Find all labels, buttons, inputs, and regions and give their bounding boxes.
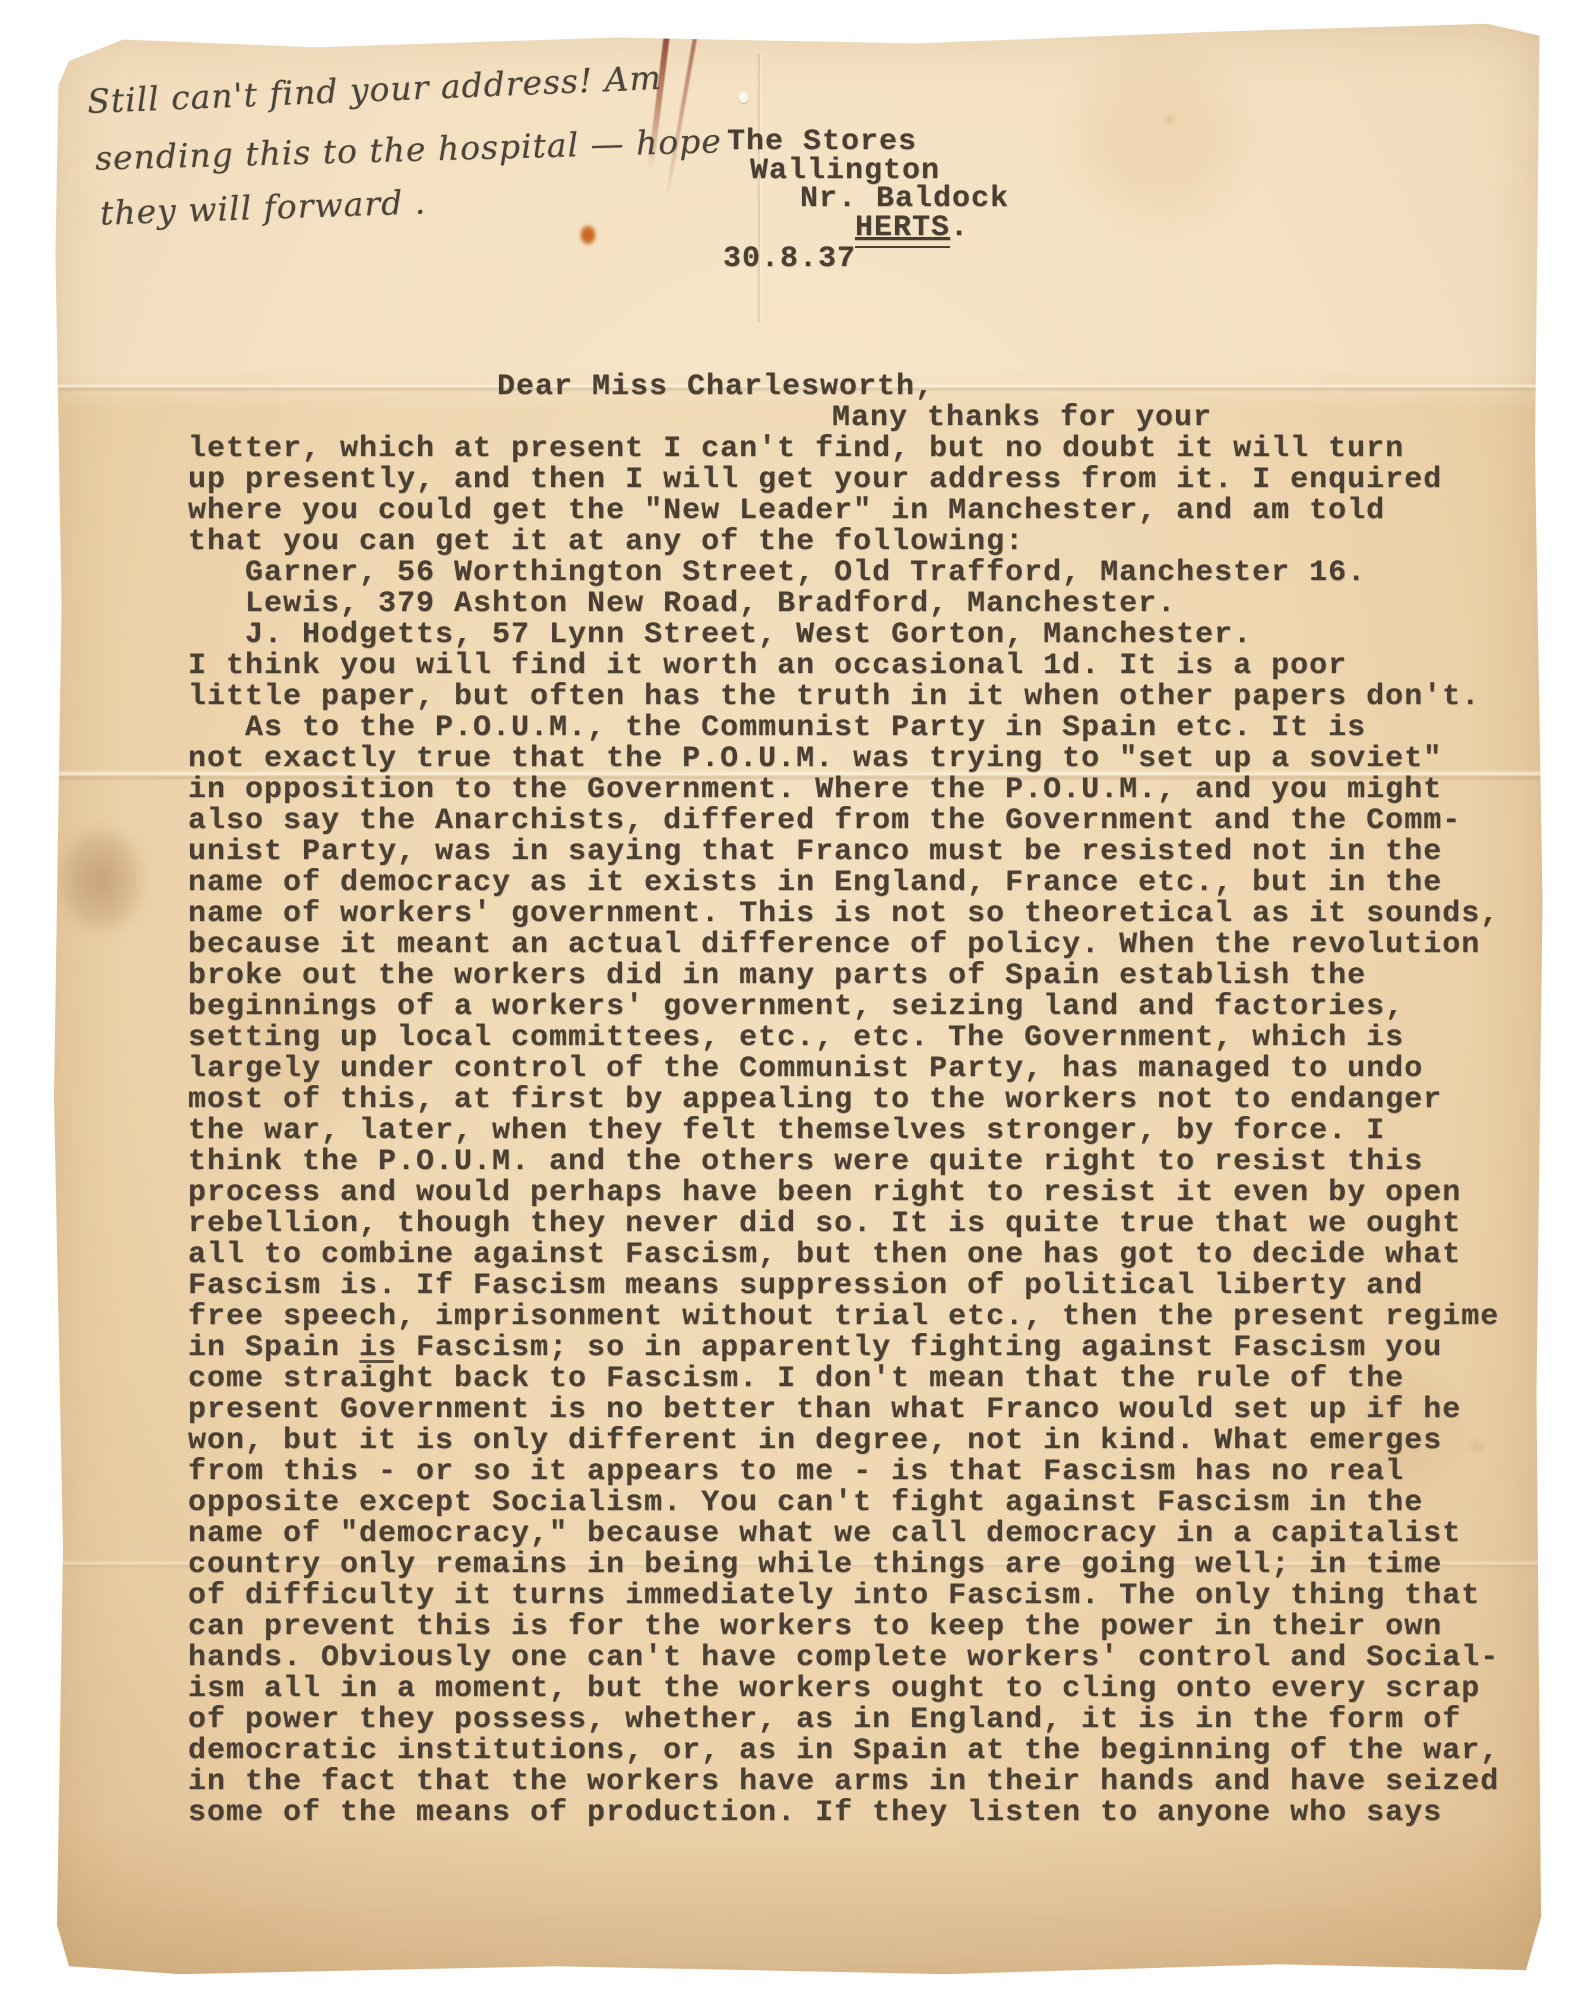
body-line: beginnings of a workers' government, sei… bbox=[188, 992, 1528, 1023]
body-line: not exactly true that the P.O.U.M. was t… bbox=[188, 744, 1528, 775]
letterhead-address-line-3: Nr. Baldock bbox=[800, 185, 1547, 214]
body-line: name of "democracy," because what we cal… bbox=[188, 1519, 1528, 1550]
body-line: opposite except Socialism. You can't fig… bbox=[188, 1488, 1528, 1519]
salutation: Dear Miss Charlesworth, bbox=[497, 372, 1528, 403]
body-line: rebellion, though they never did so. It … bbox=[188, 1209, 1528, 1240]
body-line: little paper, but often has the truth in… bbox=[188, 682, 1528, 713]
body-line: name of democracy as it exists in Englan… bbox=[188, 868, 1528, 899]
opening-phrase: Many thanks for your bbox=[832, 403, 1528, 434]
body-line: hands. Obviously one can't have complete… bbox=[188, 1643, 1528, 1674]
body-line: in opposition to the Government. Where t… bbox=[188, 775, 1528, 806]
edge-smudge bbox=[43, 1114, 53, 1148]
body-line: name of workers' government. This is not… bbox=[188, 899, 1528, 930]
edge-smudge-2 bbox=[44, 1656, 52, 1684]
body-line: the war, later, when they felt themselve… bbox=[188, 1116, 1528, 1147]
body-line: because it meant an actual difference of… bbox=[188, 930, 1528, 961]
body-line: all to combine against Fascism, but then… bbox=[188, 1240, 1528, 1271]
body-line: won, but it is only different in degree,… bbox=[188, 1426, 1528, 1457]
county-period: . bbox=[950, 211, 969, 245]
body-line: Lewis, 379 Ashton New Road, Bradford, Ma… bbox=[188, 589, 1528, 620]
body-lines: letter, which at present I can't find, b… bbox=[188, 434, 1528, 1829]
paper-chip-hole bbox=[739, 92, 748, 103]
body-line: where you could get the "New Leader" in … bbox=[188, 496, 1528, 527]
body-line: up presently, and then I will get your a… bbox=[188, 465, 1528, 496]
body-line: democratic institutions, or, as in Spain… bbox=[188, 1736, 1528, 1767]
body-line: from this - or so it appears to me - is … bbox=[188, 1457, 1528, 1488]
body-line: J. Hodgetts, 57 Lynn Street, West Gorton… bbox=[188, 620, 1528, 651]
body-line: of difficulty it turns immediately into … bbox=[188, 1581, 1528, 1612]
red-ink-stain-blob bbox=[649, 14, 675, 32]
is-word-underline-mark bbox=[359, 1360, 394, 1363]
body-line: country only remains in being while thin… bbox=[188, 1550, 1528, 1581]
county-underlined: HERTS bbox=[855, 211, 950, 248]
body-line: process and would perhaps have been righ… bbox=[188, 1178, 1528, 1209]
body-line: broke out the workers did in many parts … bbox=[188, 961, 1528, 992]
body-line: ism all in a moment, but the workers oug… bbox=[188, 1674, 1528, 1705]
letterhead-date: 30.8.37 bbox=[723, 245, 1547, 274]
body-line: also say the Anarchists, differed from t… bbox=[188, 806, 1528, 837]
body-line: of power they possess, whether, as in En… bbox=[188, 1705, 1528, 1736]
brown-blot-stain bbox=[59, 828, 143, 932]
body-line: that you can get it at any of the follow… bbox=[188, 527, 1528, 558]
body-line: think the P.O.U.M. and the others were q… bbox=[188, 1147, 1528, 1178]
body-line: some of the means of production. If they… bbox=[188, 1798, 1528, 1829]
letter-paper: Still can't find your address! Am sendin… bbox=[45, 18, 1547, 1980]
letterhead: The Stores Wallington Nr. Baldock HERTS.… bbox=[45, 128, 1547, 274]
body-line: Fascism is. If Fascism means suppression… bbox=[188, 1271, 1528, 1302]
body-line: present Government is no better than wha… bbox=[188, 1395, 1528, 1426]
body-line: free speech, imprisonment without trial … bbox=[188, 1302, 1528, 1333]
body-line: unist Party, was in saying that Franco m… bbox=[188, 837, 1528, 868]
body-line: I think you will find it worth an occasi… bbox=[188, 651, 1528, 682]
handwritten-line-1: Still can't find your address! Am bbox=[86, 58, 662, 121]
body-line: can prevent this is for the workers to k… bbox=[188, 1612, 1528, 1643]
foxing-spot bbox=[1163, 114, 1177, 125]
body-line: most of this, at first by appealing to t… bbox=[188, 1085, 1528, 1116]
body-line: come straight back to Fascism. I don't m… bbox=[188, 1364, 1528, 1395]
body-line: letter, which at present I can't find, b… bbox=[188, 434, 1528, 465]
letterhead-address-line-2: Wallington bbox=[750, 157, 1547, 186]
body-line: Garner, 56 Worthington Street, Old Traff… bbox=[188, 558, 1528, 589]
body-line: largely under control of the Communist P… bbox=[188, 1054, 1528, 1085]
body-line: setting up local committees, etc., etc. … bbox=[188, 1023, 1528, 1054]
letterhead-address-line-1: The Stores bbox=[727, 128, 1547, 157]
letter-body: Dear Miss Charlesworth, Many thanks for … bbox=[188, 372, 1528, 1829]
body-line: As to the P.O.U.M., the Communist Party … bbox=[188, 713, 1528, 744]
letterhead-county-line: HERTS. bbox=[855, 214, 1547, 243]
body-line: in the fact that the workers have arms i… bbox=[188, 1767, 1528, 1798]
